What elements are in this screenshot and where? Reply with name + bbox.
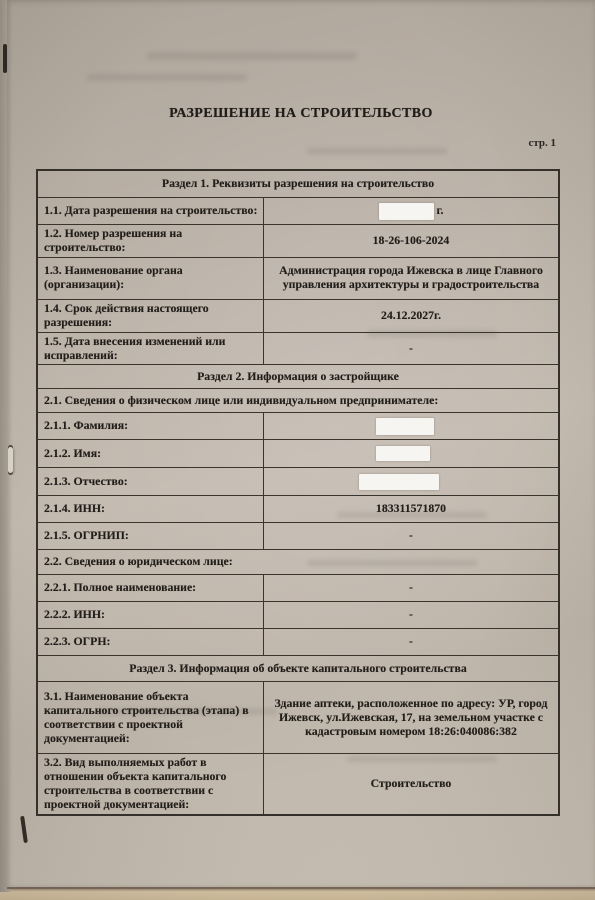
row-label: 3.2. Вид выполняемых работ в отношении о… [38, 754, 264, 814]
row-value [264, 440, 558, 467]
table-row: 1.5. Дата внесения изменений или исправл… [38, 332, 558, 365]
document-title: РАЗРЕШЕНИЕ НА СТРОИТЕЛЬСТВО [7, 106, 595, 122]
row-label: 1.5. Дата внесения изменений или исправл… [38, 333, 264, 365]
section-header: Раздел 3. Информация об объекте капиталь… [38, 656, 558, 681]
table-row: 1.1. Дата разрешения на строительство: г… [38, 197, 558, 224]
redaction-box [359, 474, 439, 490]
row-label: 1.2. Номер разрешения на строительство: [38, 225, 264, 257]
permit-table: Раздел 1. Реквизиты разрешения на строит… [36, 169, 560, 816]
table-row: 1.2. Номер разрешения на строительство: … [38, 224, 558, 257]
row-value: г. [264, 198, 558, 224]
section-header: Раздел 1. Реквизиты разрешения на строит… [38, 171, 558, 197]
row-label: 2.2.3. ОГРН: [38, 629, 264, 655]
row-label: 2.1.3. Отчество: [38, 468, 264, 495]
row-label: 2.1.2. Имя: [38, 440, 264, 467]
table-row: 1.3. Наименование органа (организации): … [38, 257, 558, 299]
staple-mark [3, 44, 7, 73]
row-label: 1.3. Наименование органа (организации): [38, 258, 264, 299]
row-value: - [264, 523, 558, 549]
row-label: 2.1.1. Фамилия: [38, 413, 264, 439]
redaction-box [379, 203, 434, 220]
table-row-fullwidth: 2.2. Сведения о юридическом лице: [38, 549, 558, 574]
redaction-box [376, 446, 430, 461]
table-row: 2.2.1. Полное наименование: - [38, 574, 558, 601]
section-header-row: Раздел 3. Информация об объекте капиталь… [38, 655, 558, 681]
row-value [264, 468, 558, 495]
row-label: 1.4. Срок действия настоящего разрешения… [38, 300, 264, 332]
paper-page: РАЗРЕШЕНИЕ НА СТРОИТЕЛЬСТВО стр. 1 Разде… [7, 0, 595, 889]
page-number: стр. 1 [528, 137, 556, 149]
section-header-row: Раздел 1. Реквизиты разрешения на строит… [38, 171, 558, 197]
row-value: - [264, 333, 558, 365]
row-value: Администрация города Ижевска в лице Глав… [264, 258, 558, 299]
row-value: Здание аптеки, расположенное по адресу: … [264, 682, 558, 753]
row-label: 2.2. Сведения о юридическом лице: [38, 550, 558, 574]
table-row: 3.1. Наименование объекта капитального с… [38, 681, 558, 753]
row-value: Строительство [264, 754, 558, 814]
row-value: 18-26-106-2024 [264, 225, 558, 257]
redaction-box [376, 418, 434, 435]
row-label: 1.1. Дата разрешения на строительство: [38, 198, 264, 224]
table-row: 1.4. Срок действия настоящего разрешения… [38, 299, 558, 332]
table-row: 3.2. Вид выполняемых работ в отношении о… [38, 753, 558, 814]
row-label: 2.1. Сведения о физическом лице или инди… [38, 389, 558, 412]
row-label: 2.1.5. ОГРНИП: [38, 523, 264, 549]
row-value: - [264, 575, 558, 601]
table-row: 2.2.2. ИНН: - [38, 601, 558, 628]
section-header-row: Раздел 2. Информация о застройщике [38, 364, 558, 388]
bleed-through-smudge [307, 148, 447, 154]
row-value: 183311571870 [264, 496, 558, 522]
row-label: 2.2.2. ИНН: [38, 602, 264, 628]
row-label: 3.1. Наименование объекта капитального с… [38, 682, 264, 753]
bleed-through-smudge [147, 52, 357, 60]
row-value: 24.12.2027г. [264, 300, 558, 332]
table-row: 2.1.2. Имя: [38, 439, 558, 467]
table-row-fullwidth: 2.1. Сведения о физическом лице или инди… [38, 388, 558, 412]
row-label: 2.1.4. ИНН: [38, 496, 264, 522]
table-row: 2.1.1. Фамилия: [38, 412, 558, 439]
photo-background: РАЗРЕШЕНИЕ НА СТРОИТЕЛЬСТВО стр. 1 Разде… [0, 0, 595, 900]
bleed-through-smudge [87, 74, 247, 81]
row-value: - [264, 602, 558, 628]
row-label: 2.2.1. Полное наименование: [38, 575, 264, 601]
table-row: 2.1.3. Отчество: [38, 467, 558, 495]
row-value-suffix: г. [437, 204, 444, 218]
table-row: 2.2.3. ОГРН: - [38, 628, 558, 655]
row-value [264, 413, 558, 439]
table-row: 2.1.4. ИНН: 183311571870 [38, 495, 558, 522]
row-value: - [264, 629, 558, 655]
section-header: Раздел 2. Информация о застройщике [38, 365, 558, 388]
table-row: 2.1.5. ОГРНИП: - [38, 522, 558, 549]
staple [8, 447, 13, 473]
